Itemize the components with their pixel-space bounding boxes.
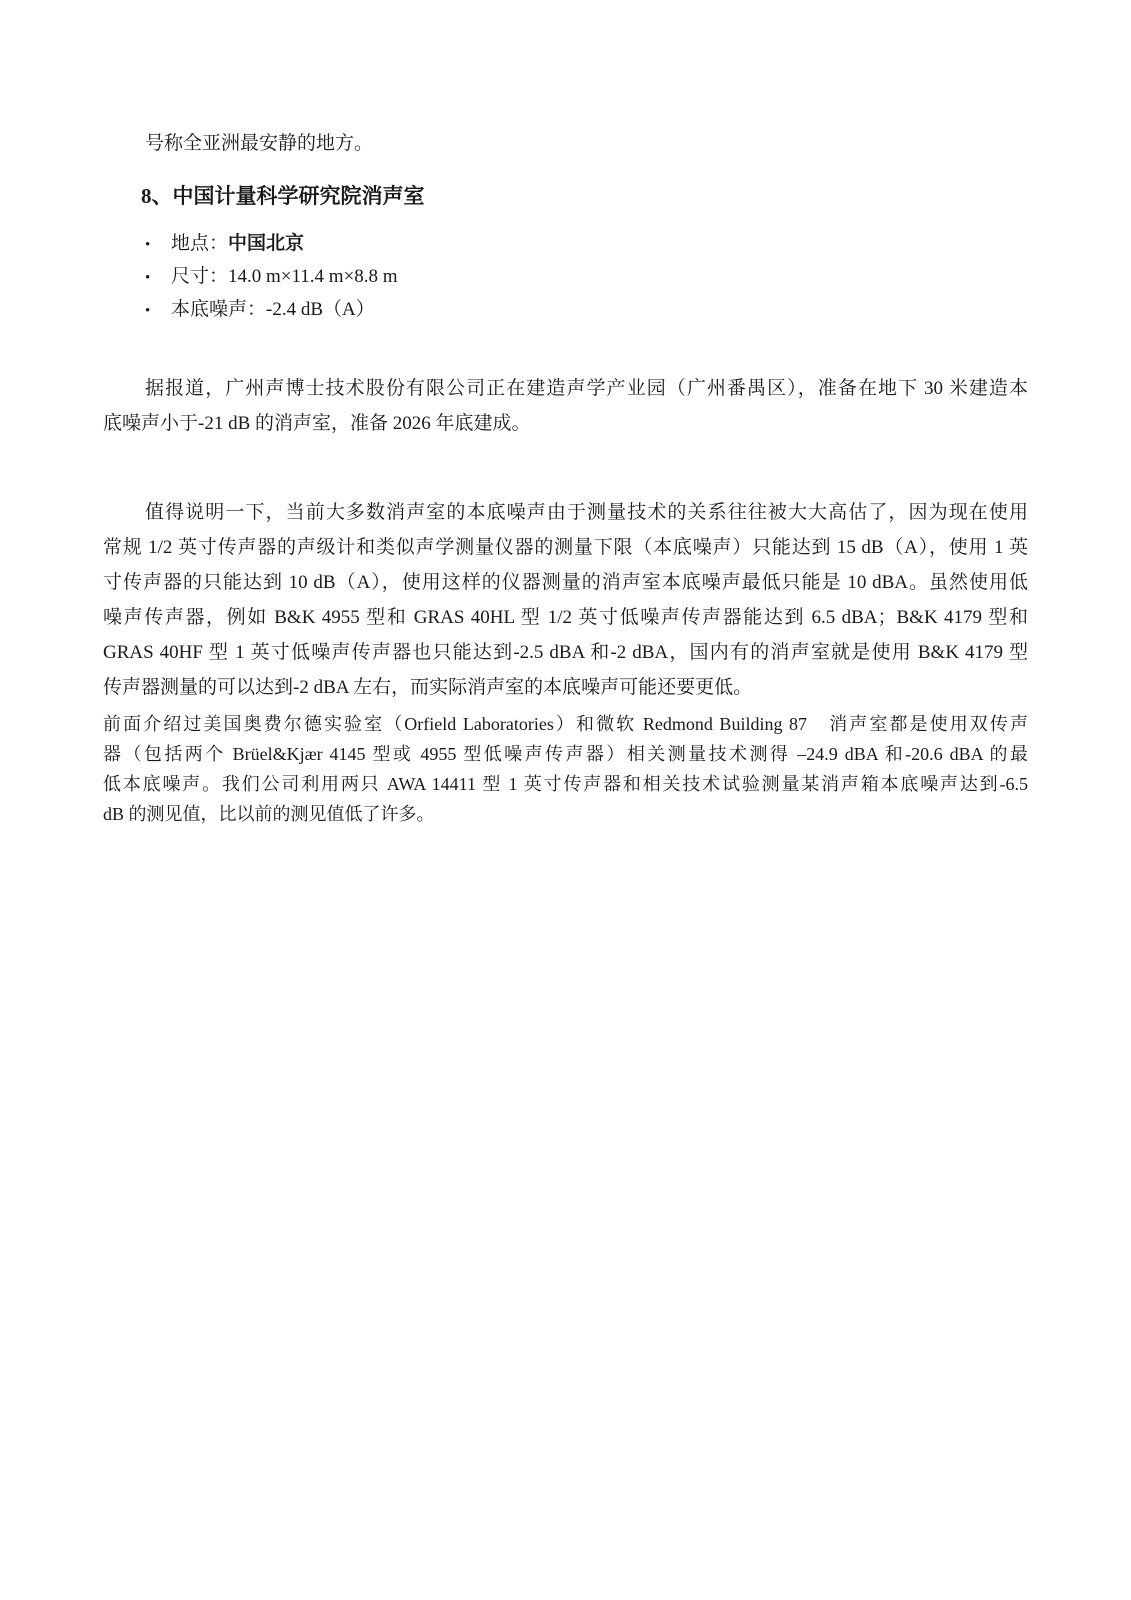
paragraph-line: 常规 1/2 英寸传声器的声级计和类似声学测量仪器的测量下限（本底噪声）只能达到… [103, 530, 1028, 565]
bullet-label: 地点： [171, 228, 228, 259]
paragraph: 值得说明一下，当前大多数消声室的本底噪声由于测量技术的关系往往被大大高估了，因为… [103, 495, 1028, 705]
paragraph-line: 传声器测量的可以达到-2 dBA 左右，而实际消声室的本底噪声可能还要更低。 [103, 670, 1028, 705]
bullet-value: -2.4 dB（A） [266, 294, 375, 325]
bullet-list: • 地点： 中国北京 • 尺寸： 14.0 m×11.4 m×8.8 m • 本… [103, 228, 1028, 327]
bullet-value: 中国北京 [228, 228, 304, 259]
document-page: 号称全亚洲最安静的地方。 8、中国计量科学研究院消声室 • 地点： 中国北京 •… [0, 0, 1131, 1600]
list-item: • 本底噪声： -2.4 dB（A） [145, 294, 1028, 327]
paragraph-line: 前面介绍过美国奥费尔德实验室（Orfield Laboratories）和微软 … [103, 709, 1028, 739]
list-item: • 尺寸： 14.0 m×11.4 m×8.8 m [145, 261, 1028, 294]
paragraph-line: 器（包括两个 Brüel&Kjær 4145 型或 4955 型低噪声传声器）相… [103, 739, 1028, 769]
paragraph-line: dB 的测见值，比以前的测见值低了许多。 [103, 799, 1028, 829]
intro-line: 号称全亚洲最安静的地方。 [103, 130, 1028, 158]
paragraph-line: 噪声传声器，例如 B&K 4955 型和 GRAS 40HL 型 1/2 英寸低… [103, 600, 1028, 635]
paragraph-line: GRAS 40HF 型 1 英寸低噪声传声器也只能达到-2.5 dBA 和-2 … [103, 635, 1028, 670]
paragraph: 前面介绍过美国奥费尔德实验室（Orfield Laboratories）和微软 … [103, 709, 1028, 829]
bullet-label: 本底噪声： [171, 294, 266, 325]
paragraph-line: 据报道，广州声博士技术股份有限公司正在建造声学产业园（广州番禺区），准备在地下 … [103, 371, 1028, 406]
list-item: • 地点： 中国北京 [145, 228, 1028, 261]
section-heading: 8、中国计量科学研究院消声室 [103, 182, 1028, 210]
paragraph-line: 底噪声小于-21 dB 的消声室，准备 2026 年底建成。 [103, 406, 1028, 441]
paragraph: 据报道，广州声博士技术股份有限公司正在建造声学产业园（广州番禺区），准备在地下 … [103, 371, 1028, 441]
paragraph-line: 值得说明一下，当前大多数消声室的本底噪声由于测量技术的关系往往被大大高估了，因为… [103, 495, 1028, 530]
paragraph-line: 寸传声器的只能达到 10 dB（A），使用这样的仪器测量的消声室本底噪声最低只能… [103, 565, 1028, 600]
bullet-value: 14.0 m×11.4 m×8.8 m [228, 261, 398, 292]
bullet-icon: • [145, 263, 171, 294]
bullet-icon: • [145, 296, 171, 327]
bullet-icon: • [145, 230, 171, 261]
bullet-label: 尺寸： [171, 261, 228, 292]
paragraph-line: 低本底噪声。我们公司利用两只 AWA 14411 型 1 英寸传声器和相关技术试… [103, 769, 1028, 799]
